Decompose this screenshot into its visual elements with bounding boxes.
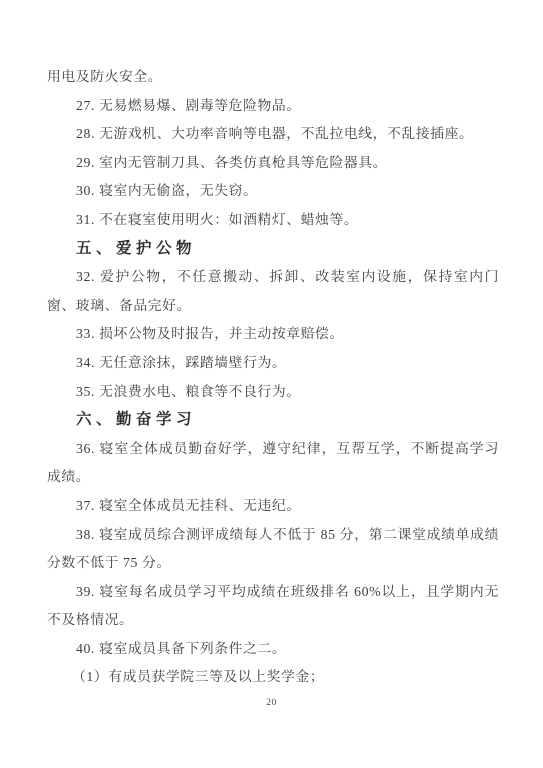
section-heading-5: 五、爱护公物	[47, 235, 499, 264]
list-item-29: 29. 室内无管制刀具、各类仿真枪具等危险器具。	[47, 149, 499, 178]
list-item-30: 30. 寝室内无偷盗，无失窃。	[47, 177, 499, 206]
list-item-31: 31. 不在寝室使用明火：如酒精灯、蜡烛等。	[47, 206, 499, 235]
list-item-40: 40. 寝室成员具备下列条件之二。	[47, 635, 499, 664]
list-sub-item-1: （1）有成员获学院三等及以上奖学金；	[47, 663, 499, 692]
list-item-33: 33. 损坏公物及时报告，并主动按章赔偿。	[47, 320, 499, 349]
page-body: 用电及防火安全。 27. 无易燃易爆、剧毒等危险物品。 28. 无游戏机、大功率…	[47, 63, 499, 692]
list-item-35: 35. 无浪费水电、粮食等不良行为。	[47, 378, 499, 407]
list-item-32: 32. 爱护公物，不任意搬动、拆卸、改装室内设施，保持室内门窗、玻璃、备品完好。	[47, 263, 499, 320]
list-item-27: 27. 无易燃易爆、剧毒等危险物品。	[47, 92, 499, 121]
list-item-34: 34. 无任意涂抹，踩踏墙壁行为。	[47, 349, 499, 378]
page-number-footer: 20	[0, 698, 543, 708]
list-item-36: 36. 寝室全体成员勤奋好学，遵守纪律，互帮互学，不断提高学习成绩。	[47, 435, 499, 492]
list-item-38: 38. 寝室成员综合测评成绩每人不低于 85 分，第二课堂成绩单成绩分数不低于 …	[47, 521, 499, 578]
list-item-37: 37. 寝室全体成员无挂科、无违纪。	[47, 492, 499, 521]
list-item-28: 28. 无游戏机、大功率音响等电器，不乱拉电线，不乱接插座。	[47, 120, 499, 149]
list-item-39: 39. 寝室每名成员学习平均成绩在班级排名 60%以上，且学期内无不及格情况。	[47, 578, 499, 635]
paragraph-continuation: 用电及防火安全。	[47, 63, 499, 92]
document-page: 用电及防火安全。 27. 无易燃易爆、剧毒等危险物品。 28. 无游戏机、大功率…	[0, 0, 543, 768]
section-heading-6: 六、勤奋学习	[47, 406, 499, 435]
